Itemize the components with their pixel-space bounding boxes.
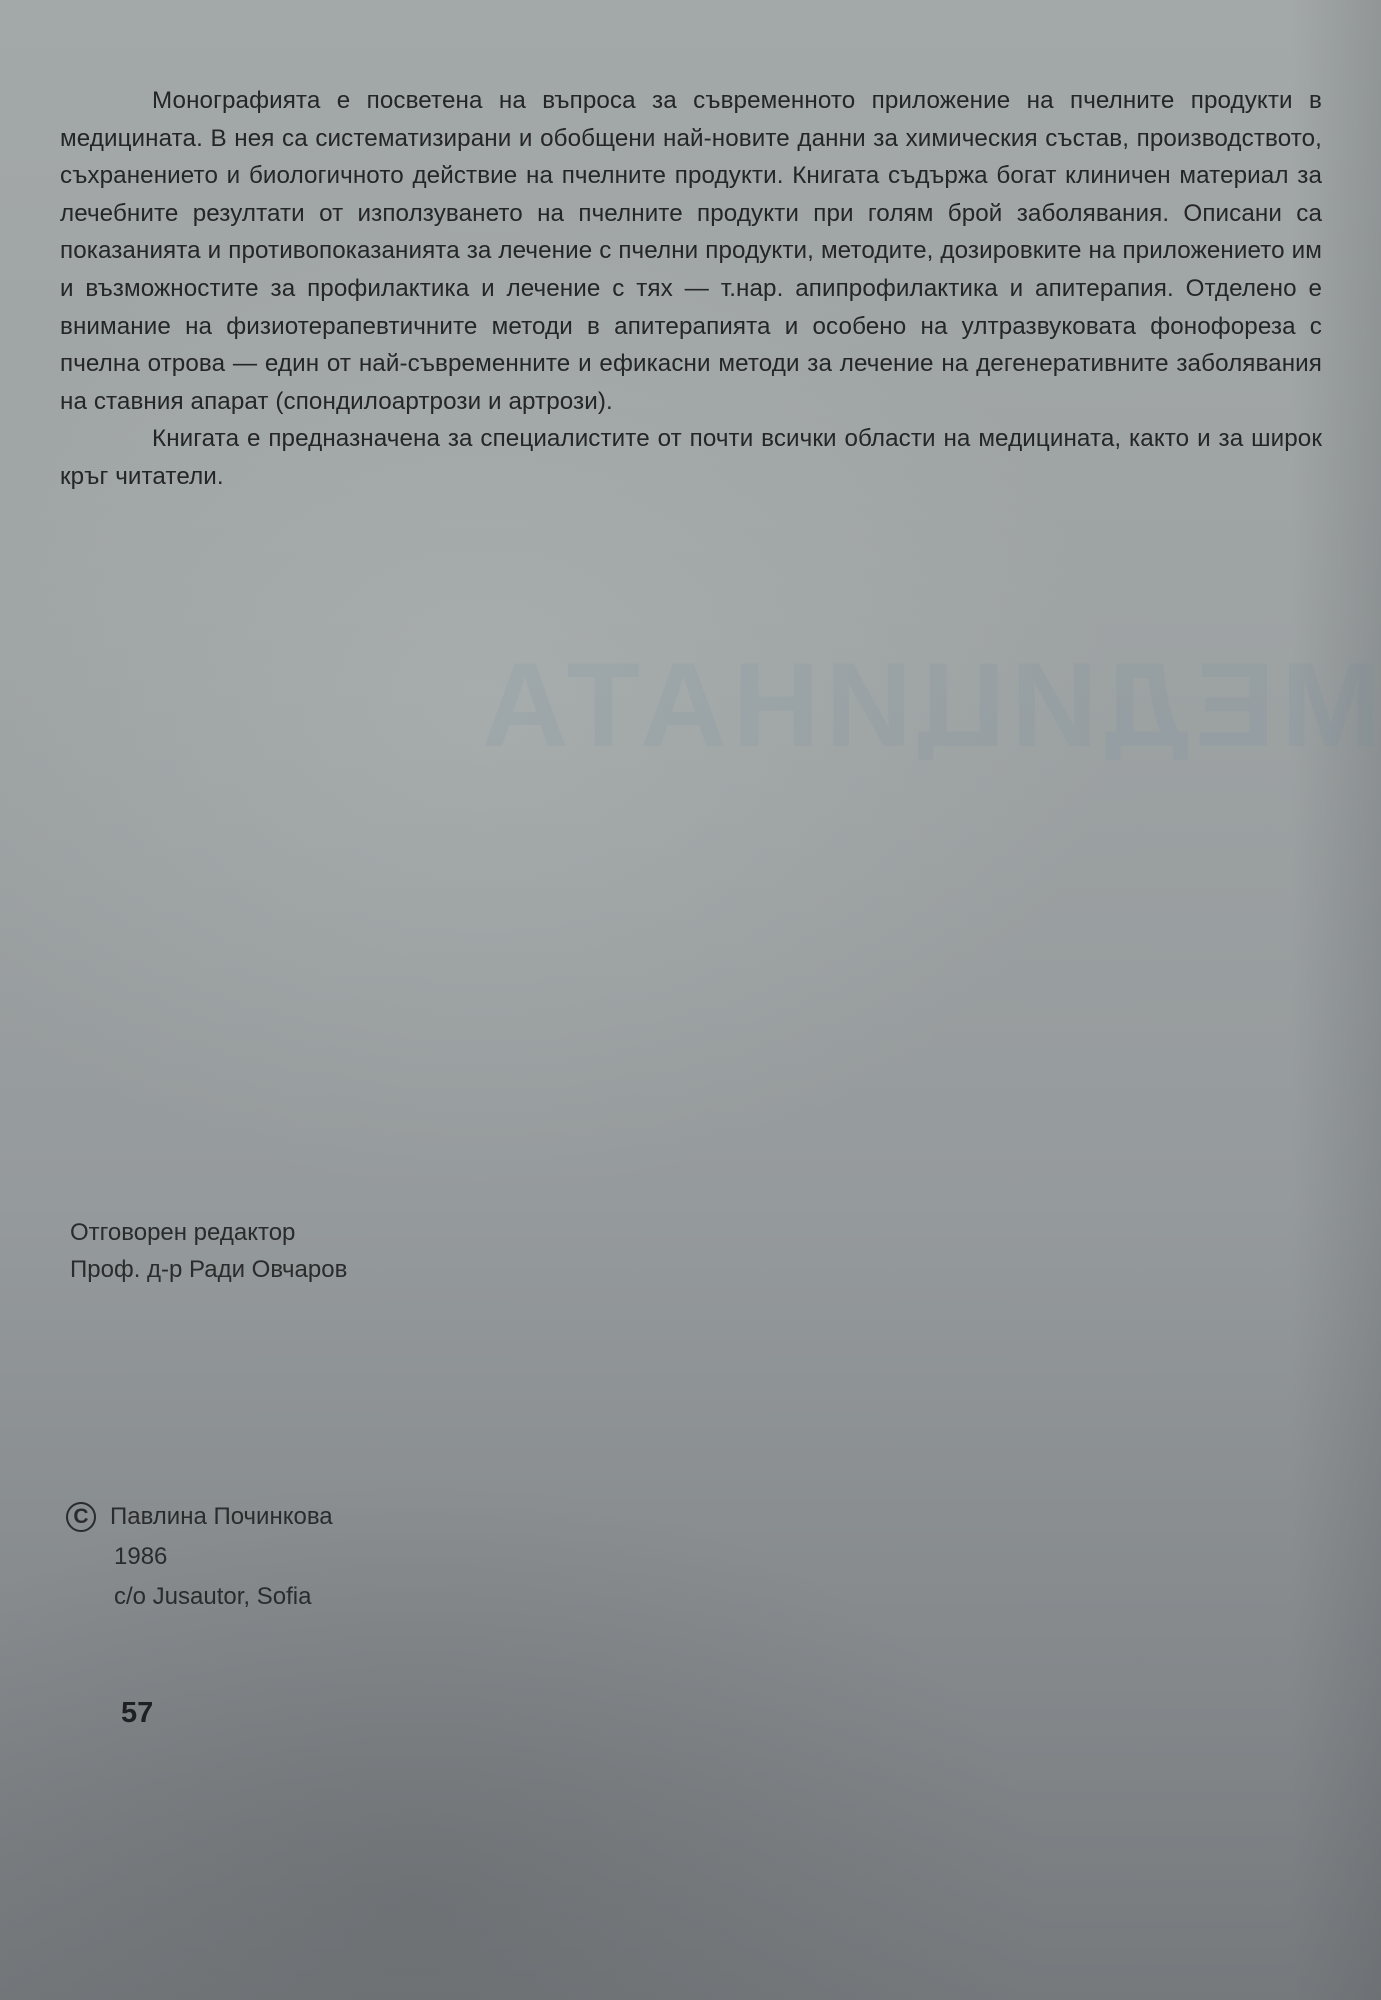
copyright-icon: C [66, 1502, 96, 1532]
book-abstract: Монографията е посветена на въпроса за с… [60, 82, 1322, 496]
responsible-editor-block: Отговорен редактор Проф. д-р Ради Овчаро… [70, 1214, 347, 1288]
editor-name: Проф. д-р Ради Овчаров [70, 1251, 347, 1288]
copyright-year: 1986 [66, 1537, 333, 1577]
editor-label: Отговорен редактор [70, 1214, 347, 1251]
copyright-block: C Павлина Починкова 1986 c/o Jusautor, S… [66, 1497, 333, 1617]
abstract-paragraph: Монографията е посветена на въпроса за с… [60, 82, 1322, 420]
publication-code: 57 [121, 1697, 153, 1730]
abstract-paragraph: Книгата е предназначена за специалистите… [60, 420, 1322, 495]
copyright-agency: c/o Jusautor, Sofia [66, 1577, 333, 1617]
copyright-author: Павлина Починкова [110, 1497, 333, 1537]
reverse-side-show-through: МЕДИЦИНАТА [340, 650, 1381, 760]
